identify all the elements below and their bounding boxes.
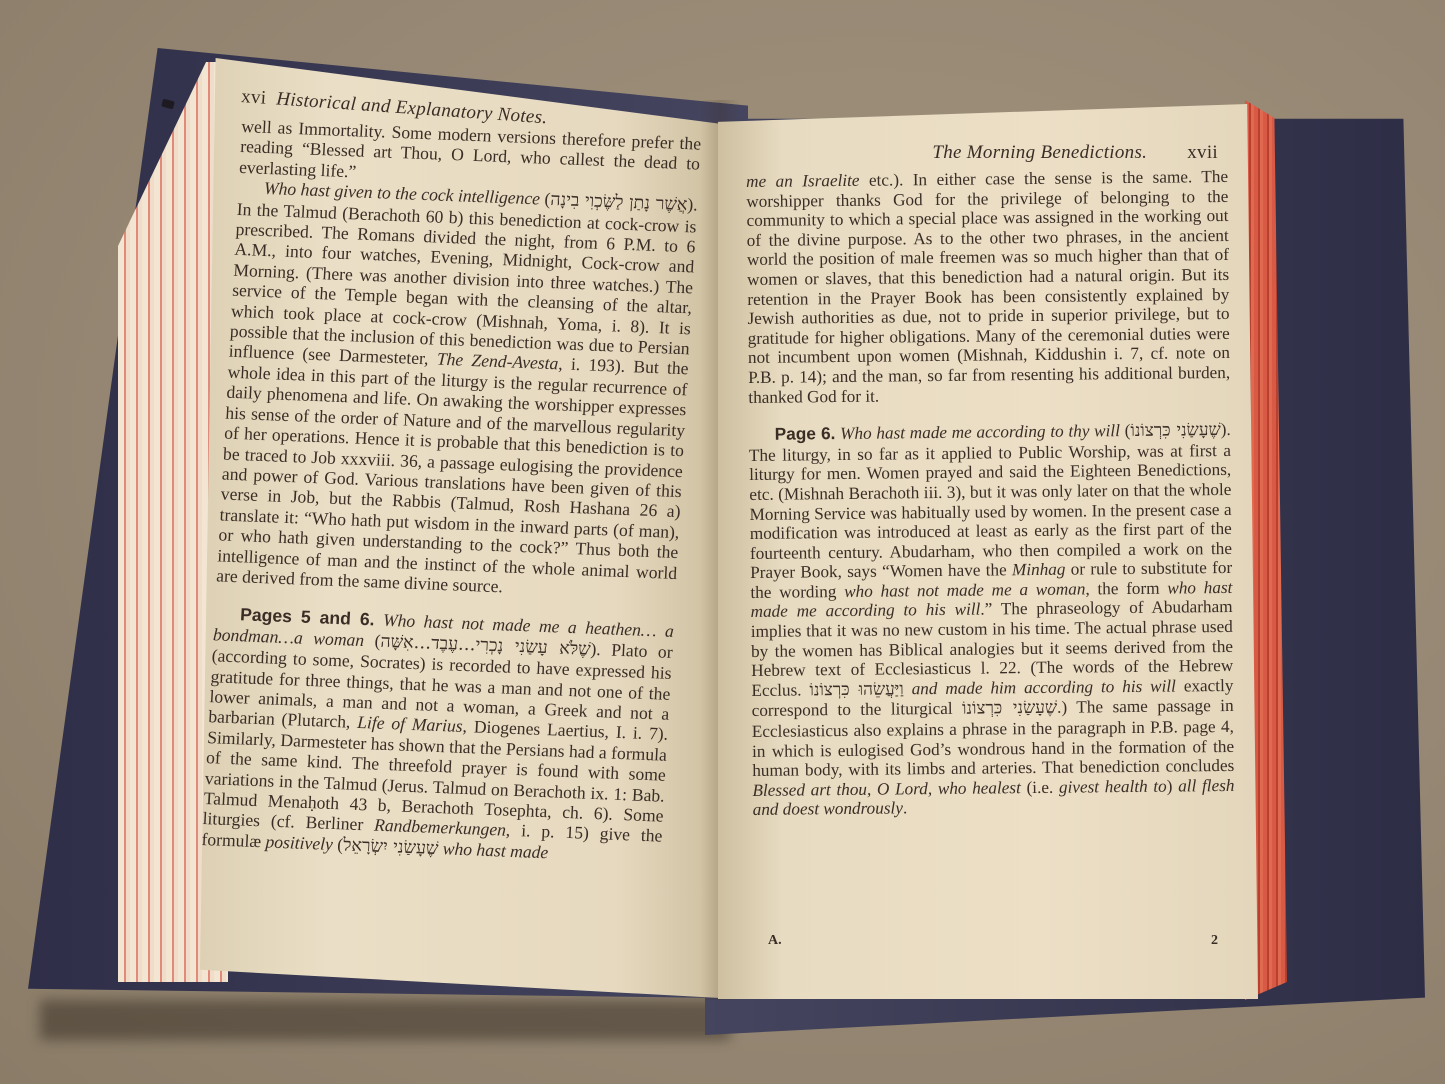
body-text: ). The liturgy, in so far as it applied … bbox=[749, 420, 1232, 582]
signature-mark: A. bbox=[768, 933, 782, 949]
paragraph: me an Israelite etc.). In either case th… bbox=[746, 167, 1230, 407]
body-text: , the form bbox=[1085, 578, 1167, 598]
hebrew-text: וַיַּעֲשֵׂהוּ כִּרְצוֹנוֹ bbox=[809, 679, 904, 700]
hebrew-text: שֶׁעָשַׂנִי כִּרְצוֹנוֹ bbox=[1130, 420, 1221, 441]
left-page: xvi Historical and Explanatory Notes. we… bbox=[200, 58, 720, 998]
italic-text: positively bbox=[265, 831, 333, 854]
hebrew-text: שֶׁעָשַׂנִי יִשְׂרָאֵל bbox=[343, 835, 439, 859]
right-page-body: me an Israelite etc.). In either case th… bbox=[746, 167, 1235, 820]
sheet-number: 2 bbox=[1211, 933, 1218, 949]
body-text: ) bbox=[1167, 776, 1179, 795]
paragraph: Pages 5 and 6. Who hast not made me a he… bbox=[201, 604, 674, 868]
italic-text: Who hast made me according to thy will bbox=[835, 421, 1120, 443]
body-text: ( bbox=[364, 630, 381, 651]
section-heading: Page 6. bbox=[775, 423, 836, 444]
right-page: The Morning Benedictions. xvii me an Isr… bbox=[718, 104, 1258, 999]
body-text: ). In the Talmud (Berachoth 60 b) this b… bbox=[228, 194, 698, 369]
paragraph: Who hast given to the cock intelligence … bbox=[216, 177, 699, 603]
page-footer: A. 2 bbox=[768, 933, 1218, 949]
page-number: xvi bbox=[240, 86, 267, 110]
italic-text: givest health to bbox=[1059, 776, 1167, 796]
italic-text: Blessed art thou, O Lord, who healest bbox=[752, 778, 1021, 800]
italic-text: and made him according to his will bbox=[904, 676, 1176, 698]
italic-text: who hast made bbox=[438, 838, 549, 862]
paragraph: Page 6. Who hast made me according to th… bbox=[749, 420, 1235, 820]
body-text: (i.e. bbox=[1021, 778, 1059, 797]
running-title: The Morning Benedictions. bbox=[932, 142, 1147, 164]
hebrew-text: שֶׁעָשַׂנִי כִּרְצוֹנוֹ bbox=[962, 698, 1057, 719]
book-shadow bbox=[40, 1000, 730, 1040]
body-text: . bbox=[903, 799, 907, 818]
left-page-body: well as Immortality. Some modern version… bbox=[201, 116, 702, 868]
italic-text: me an Israelite bbox=[746, 171, 860, 191]
body-text: ( bbox=[1120, 421, 1131, 440]
page-number: xvii bbox=[1187, 142, 1218, 164]
body-text: , i. 193). But the whole idea in this pa… bbox=[216, 354, 689, 596]
body-text: etc.). In either case the sense is the s… bbox=[746, 167, 1230, 407]
running-head-right: The Morning Benedictions. xvii bbox=[746, 142, 1228, 164]
italic-text: who hast not made me a woman bbox=[844, 579, 1085, 601]
italic-text: Minhag bbox=[1012, 560, 1066, 580]
